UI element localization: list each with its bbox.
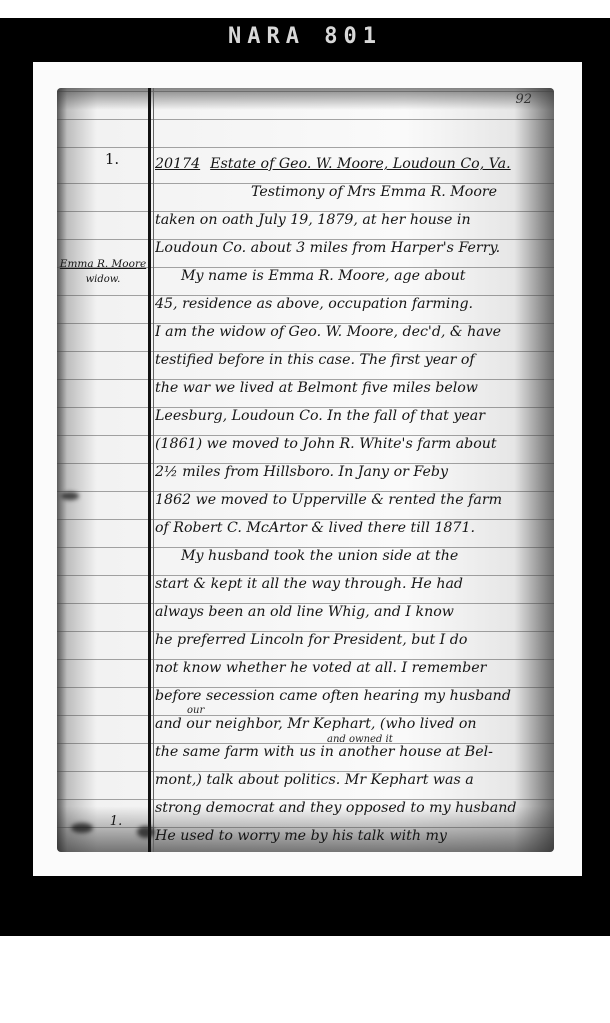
film-frame-label: NARA 801 [0,24,610,49]
text-line: mont,) talk about politics. Mr Kephart w… [155,766,547,794]
ink-smudge [137,826,155,838]
text-line: taken on oath July 19, 1879, at her hous… [155,206,547,234]
text-line: 1862 we moved to Upperville & rented the… [155,486,547,514]
text-line: always been an old line Whig, and I know [155,598,547,626]
text-line: he preferred Lincoln for President, but … [155,626,547,654]
case-number: 20174 [155,156,200,172]
text-line: My name is Emma R. Moore, age about [155,262,547,290]
text-line: the war we lived at Belmont five miles b… [155,374,547,402]
text-line: I am the widow of Geo. W. Moore, dec'd, … [155,318,547,346]
ink-smudge [61,492,79,500]
corner-page-mark: 92 [515,92,532,107]
text-line: 45, residence as above, occupation farmi… [155,290,547,318]
text-line: not know whether he voted at all. I reme… [155,654,547,682]
margin-divider-secondary [153,88,154,852]
witness-role: widow. [59,274,147,285]
text-line: testified before in this case. The first… [155,346,547,374]
text-line: My husband took the union side at the [155,542,547,570]
handwritten-body: 20174Estate of Geo. W. Moore, Loudoun Co… [155,150,547,852]
text-line: strong democrat and they opposed to my h… [155,794,547,822]
text-line: husband, & he tried to force my husband [155,850,547,852]
footnote-mark: 1. [101,814,131,829]
text-line: He used to worry me by his talk with my [155,822,547,850]
text-line-heading: 20174Estate of Geo. W. Moore, Loudoun Co… [155,150,547,178]
text-line: 2½ miles from Hillsboro. In Jany or Feby [155,458,547,486]
text-line: Leesburg, Loudoun Co. In the fall of tha… [155,402,547,430]
ink-smudge [71,823,93,833]
margin-divider [148,88,151,852]
top-white-strip [0,0,610,18]
text-line: before secession came often hearing my h… [155,682,547,710]
bottom-white-strip [0,936,610,1023]
text-line: Testimony of Mrs Emma R. Moore [155,178,547,206]
text-line: of Robert C. McArtor & lived there till … [155,514,547,542]
text-line: start & kept it all the way through. He … [155,570,547,598]
witness-name: Emma R. Moore [59,258,147,270]
text-line: (1861) we moved to John R. White's farm … [155,430,547,458]
interlinear-insertion: our [187,705,204,716]
interlinear-insertion: and owned it [327,734,393,745]
document-page: 92 1. Emma R. Moore widow. 1. 20174Estat… [57,88,554,852]
text-line: Loudoun Co. about 3 miles from Harper's … [155,234,547,262]
item-number: 1. [97,150,127,168]
